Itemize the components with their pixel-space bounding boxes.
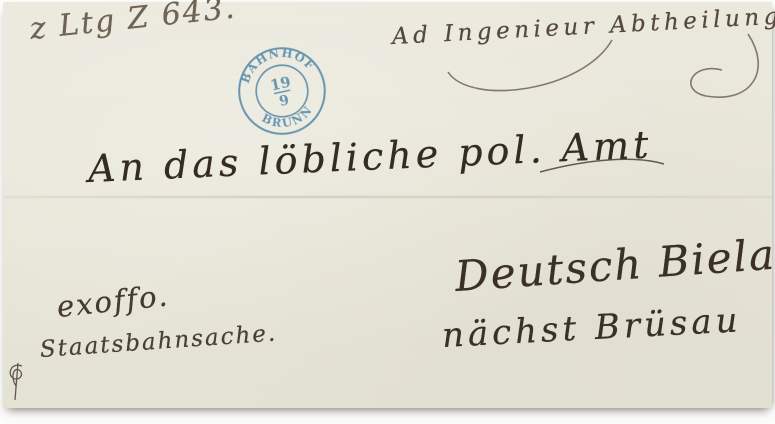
- postmark-date-month: 9: [278, 93, 291, 111]
- postmark: BAHNHOF BRÜNN 19 9: [227, 36, 336, 145]
- scan-background: z Ltg Z 643. Ad Ingenieur Abtheilung An …: [0, 0, 775, 424]
- paraph-mark: [5, 360, 31, 404]
- fold-crease: [3, 196, 772, 198]
